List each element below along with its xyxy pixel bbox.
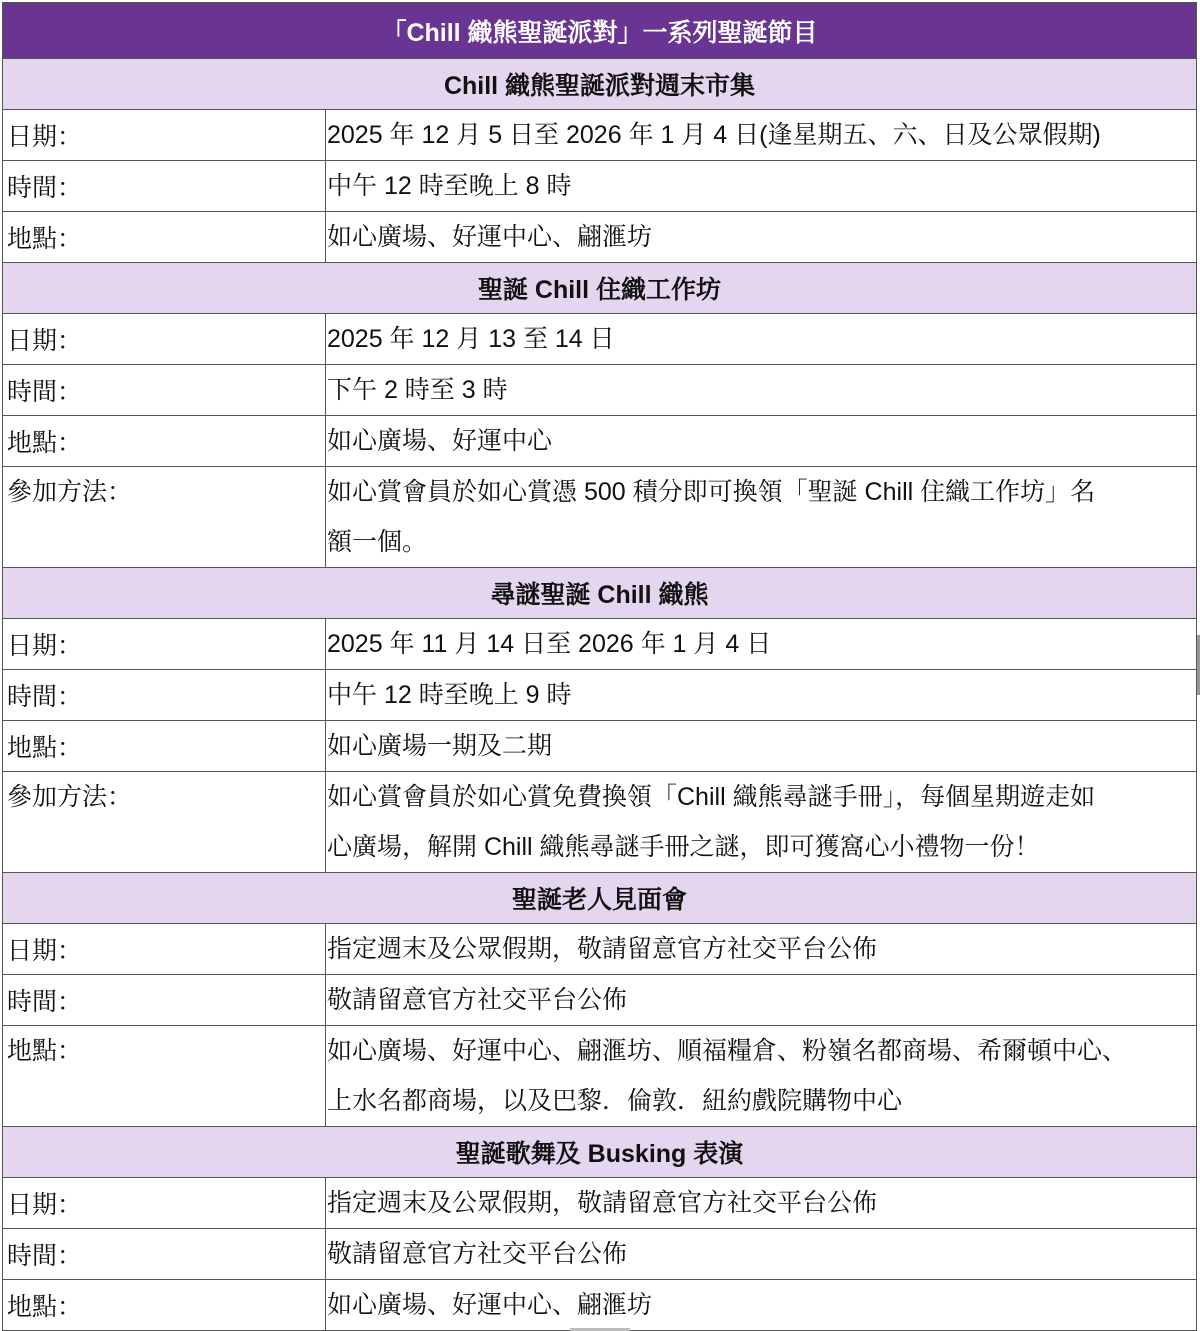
field-label: 時間： xyxy=(3,365,326,416)
field-label: 參加方法： xyxy=(3,467,326,568)
field-value-line: 如心賞會員於如心賞憑 500 積分即可換領「聖誕 Chill 住織工作坊」名 xyxy=(327,467,1196,517)
field-label: 時間： xyxy=(3,1229,326,1280)
field-label: 地點： xyxy=(3,212,326,263)
field-value: 2025 年 11 月 14 日至 2026 年 1 月 4 日 xyxy=(326,619,1197,670)
section-heading: 尋謎聖誕 Chill 織熊 xyxy=(3,568,1197,619)
section-heading: 聖誕老人見面會 xyxy=(3,873,1197,924)
field-label: 地點： xyxy=(3,721,326,772)
field-value-line: 額一個。 xyxy=(327,517,1196,567)
table-row: 參加方法： 如心賞會員於如心賞免費換領「Chill 織熊尋謎手冊」，每個星期遊走… xyxy=(3,772,1197,873)
section-heading-row: 尋謎聖誕 Chill 織熊 xyxy=(3,568,1197,619)
field-value: 指定週末及公眾假期，敬請留意官方社交平台公佈 xyxy=(326,1178,1197,1229)
section-heading-row: 聖誕歌舞及 Busking 表演 xyxy=(3,1127,1197,1178)
field-value: 中午 12 時至晚上 8 時 xyxy=(326,161,1197,212)
field-label: 地點： xyxy=(3,1026,326,1127)
field-label: 地點： xyxy=(3,416,326,467)
field-label: 時間： xyxy=(3,670,326,721)
field-value: 敬請留意官方社交平台公佈 xyxy=(326,975,1197,1026)
field-value-line: 如心廣場、好運中心、翩滙坊、順福糧倉、粉嶺名都商場、希爾頓中心、 xyxy=(327,1026,1196,1076)
table-row: 時間： 敬請留意官方社交平台公佈 xyxy=(3,1229,1197,1280)
field-label: 日期： xyxy=(3,924,326,975)
field-label: 參加方法： xyxy=(3,772,326,873)
field-value: 如心廣場、好運中心、翩滙坊、順福糧倉、粉嶺名都商場、希爾頓中心、 上水名都商場，… xyxy=(326,1026,1197,1127)
section-heading-row: Chill 織熊聖誕派對週末市集 xyxy=(3,59,1197,110)
table-title: 「Chill 織熊聖誕派對」一系列聖誕節目 xyxy=(3,3,1197,59)
section-heading: 聖誕歌舞及 Busking 表演 xyxy=(3,1127,1197,1178)
table-row: 參加方法： 如心賞會員於如心賞憑 500 積分即可換領「聖誕 Chill 住織工… xyxy=(3,467,1197,568)
field-value: 如心廣場、好運中心、翩滙坊 xyxy=(326,212,1197,263)
field-value: 指定週末及公眾假期，敬請留意官方社交平台公佈 xyxy=(326,924,1197,975)
table-row: 地點： 如心廣場、好運中心、翩滙坊、順福糧倉、粉嶺名都商場、希爾頓中心、 上水名… xyxy=(3,1026,1197,1127)
table-row: 地點： 如心廣場、好運中心、翩滙坊 xyxy=(3,1280,1197,1331)
table-row: 時間： 中午 12 時至晚上 8 時 xyxy=(3,161,1197,212)
section-heading-row: 聖誕老人見面會 xyxy=(3,873,1197,924)
table-row: 日期： 2025 年 12 月 5 日至 2026 年 1 月 4 日(逢星期五… xyxy=(3,110,1197,161)
field-label: 日期： xyxy=(3,110,326,161)
field-value-line: 上水名都商場，以及巴黎．倫敦．紐約戲院購物中心 xyxy=(327,1076,1196,1126)
field-label: 日期： xyxy=(3,314,326,365)
field-value: 如心廣場、好運中心、翩滙坊 xyxy=(326,1280,1197,1331)
table-row: 日期： 2025 年 12 月 13 至 14 日 xyxy=(3,314,1197,365)
table-row: 地點： 如心廣場、好運中心、翩滙坊 xyxy=(3,212,1197,263)
field-label: 日期： xyxy=(3,619,326,670)
table-row: 時間： 下午 2 時至 3 時 xyxy=(3,365,1197,416)
table-row: 時間： 敬請留意官方社交平台公佈 xyxy=(3,975,1197,1026)
events-table: 「Chill 織熊聖誕派對」一系列聖誕節目 Chill 織熊聖誕派對週末市集 日… xyxy=(2,2,1197,1331)
field-value: 如心賞會員於如心賞憑 500 積分即可換領「聖誕 Chill 住織工作坊」名 額… xyxy=(326,467,1197,568)
field-value: 下午 2 時至 3 時 xyxy=(326,365,1197,416)
field-value: 如心廣場一期及二期 xyxy=(326,721,1197,772)
field-value: 中午 12 時至晚上 9 時 xyxy=(326,670,1197,721)
section-heading: Chill 織熊聖誕派對週末市集 xyxy=(3,59,1197,110)
field-label: 地點： xyxy=(3,1280,326,1331)
table-row: 地點： 如心廣場一期及二期 xyxy=(3,721,1197,772)
field-label: 日期： xyxy=(3,1178,326,1229)
table-row: 地點： 如心廣場、好運中心 xyxy=(3,416,1197,467)
field-value: 2025 年 12 月 5 日至 2026 年 1 月 4 日(逢星期五、六、日… xyxy=(326,110,1197,161)
table-row: 時間： 中午 12 時至晚上 9 時 xyxy=(3,670,1197,721)
field-label: 時間： xyxy=(3,975,326,1026)
field-value: 敬請留意官方社交平台公佈 xyxy=(326,1229,1197,1280)
field-value: 如心廣場、好運中心 xyxy=(326,416,1197,467)
table-title-row: 「Chill 織熊聖誕派對」一系列聖誕節目 xyxy=(3,3,1197,59)
table-row: 日期： 2025 年 11 月 14 日至 2026 年 1 月 4 日 xyxy=(3,619,1197,670)
field-value: 如心賞會員於如心賞免費換領「Chill 織熊尋謎手冊」，每個星期遊走如 心廣場，… xyxy=(326,772,1197,873)
table-row: 日期： 指定週末及公眾假期，敬請留意官方社交平台公佈 xyxy=(3,1178,1197,1229)
field-label: 時間： xyxy=(3,161,326,212)
table-row: 日期： 指定週末及公眾假期，敬請留意官方社交平台公佈 xyxy=(3,924,1197,975)
field-value-line: 心廣場，解開 Chill 織熊尋謎手冊之謎，即可獲窩心小禮物一份！ xyxy=(327,822,1196,872)
section-heading-row: 聖誕 Chill 住織工作坊 xyxy=(3,263,1197,314)
field-value-line: 如心賞會員於如心賞免費換領「Chill 織熊尋謎手冊」，每個星期遊走如 xyxy=(327,772,1196,822)
section-heading: 聖誕 Chill 住織工作坊 xyxy=(3,263,1197,314)
field-value: 2025 年 12 月 13 至 14 日 xyxy=(326,314,1197,365)
